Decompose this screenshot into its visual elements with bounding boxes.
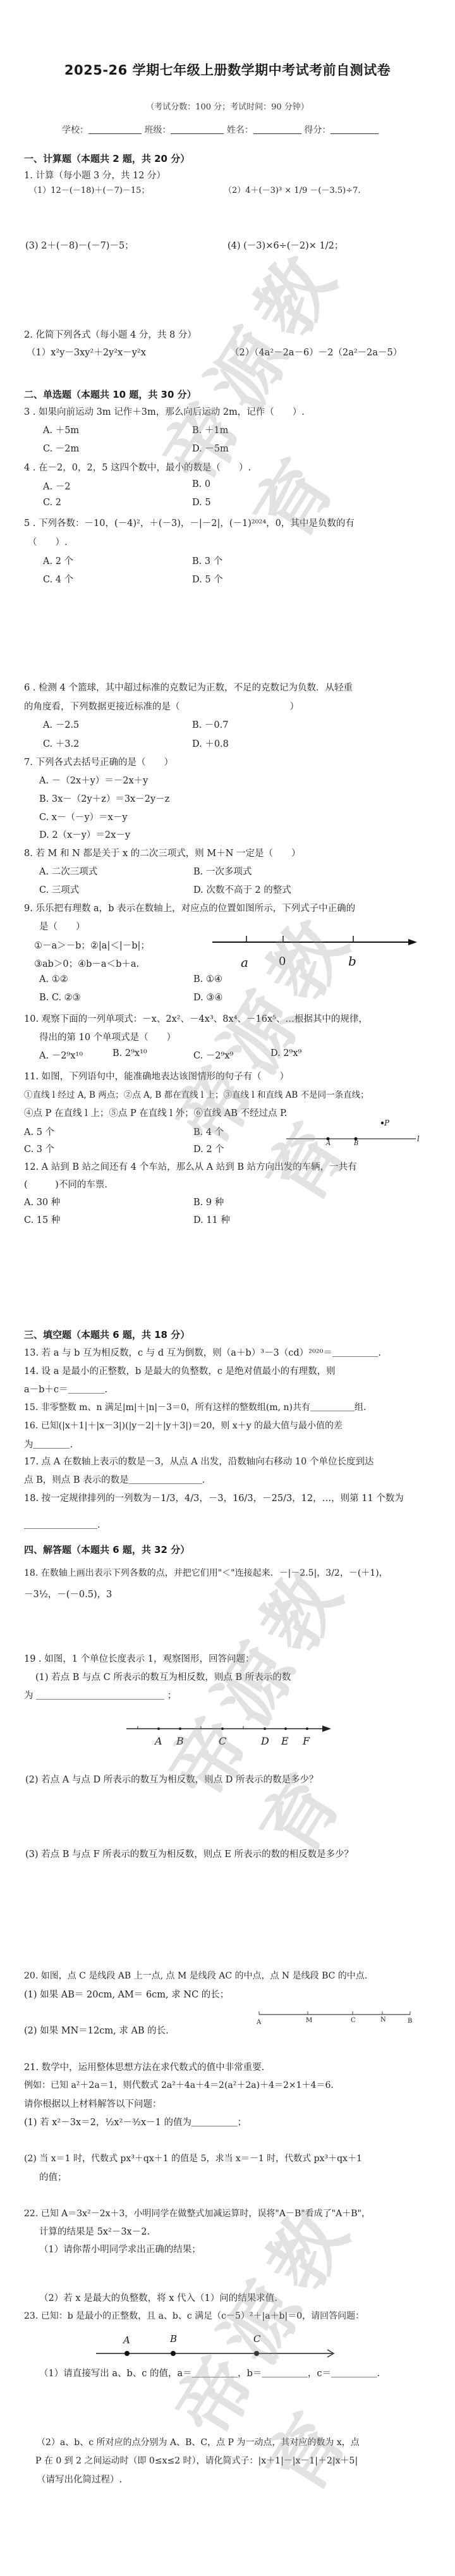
q9-label-a: a xyxy=(241,955,248,970)
q10-option-c[interactable]: C. －2⁹x⁹ xyxy=(193,1048,233,1062)
q20-part-2: (2) 如果 MN＝12cm, 求 AB 的长. xyxy=(24,2023,169,2037)
q1-part-2: （2）4＋(－3)³ × 1/9 －(－3.5)÷7. xyxy=(224,183,361,195)
school-blank[interactable] xyxy=(88,125,142,134)
section-2-title: 二、单选题（本题共 10 题，共 30 分） xyxy=(24,388,197,401)
q6-option-a[interactable]: A. －2.5 xyxy=(43,718,79,731)
score-blank[interactable] xyxy=(331,125,379,134)
q13-text: 13. 若 a 与 b 互为相反数，c 与 d 互为倒数，则（a＋b）³－3（c… xyxy=(24,1346,381,1359)
q4-option-d[interactable]: D. 5 xyxy=(192,498,211,508)
q1-stem: 1. 计算（每小题 3 分，共 12 分） xyxy=(24,168,166,181)
q8-option-d[interactable]: D. 次数不高于 2 的整式 xyxy=(193,883,291,896)
q19-label-f: F xyxy=(303,1735,310,1747)
q23-stem: 23. 已知：b 是最小的正整数，且 a、b、c 满足（c－5）²＋|a＋b|＝… xyxy=(24,2309,364,2322)
q20-label-n: N xyxy=(380,2016,386,2023)
q9-condition-2: ③ab＞0；④b－a＜b＋a. xyxy=(34,957,139,970)
q11-stem: 11. 如图，下列语句中，能准确地表达该图情形的句子有（ ） xyxy=(24,1069,289,1083)
q20-label-a: A xyxy=(257,2019,261,2026)
q11-label-b: B xyxy=(354,1140,358,1147)
q23-part-2-cont: P 在 0 到 2 之间运动时（即 0≤x≤2 时），请化简式子：|x＋1|－|… xyxy=(35,2454,358,2467)
section-4-title: 四、解答题（本题共 6 题，共 32 分） xyxy=(24,1543,190,1556)
section-1-title: 一、计算题（本题共 2 题，共 20 分） xyxy=(24,152,190,165)
q23-part-2-note: （请写出化简过程）. xyxy=(37,2472,122,2486)
q22-part-1: （1）请你帮小明同学求出正确的结果； xyxy=(39,2242,201,2255)
q6-option-b[interactable]: B. －0.7 xyxy=(192,718,228,731)
q10-stem: 10. 观察下面的一列单项式：－x、2x²、－4x³、8x⁴、－16x⁵、…根据… xyxy=(24,1012,368,1025)
q23-label-a: A xyxy=(123,2334,130,2346)
q12-option-c[interactable]: C. 15 种 xyxy=(24,1213,60,1226)
q7-option-a[interactable]: A. －（2x＋y）＝－2x＋y xyxy=(39,773,148,787)
name-blank[interactable] xyxy=(253,125,301,134)
field-label-class: 班级： xyxy=(144,125,171,135)
q5-option-a[interactable]: A. 2 个 xyxy=(43,554,73,567)
q3-option-b[interactable]: B. ＋1m xyxy=(192,423,228,436)
q5-stem-cont: （ ）. xyxy=(28,535,68,548)
q23-label-c: C xyxy=(253,2333,260,2345)
q7-stem: 7. 下列各式去括号正确的是（ ） xyxy=(24,755,173,768)
q2-stem: 2. 化简下列各式（每小题 4 分，共 8 分） xyxy=(24,328,197,341)
q19-part-2: (2) 若点 A 与点 D 所表示的数互为相反数，则点 D 所表示的数是多少？ xyxy=(25,1772,318,1786)
q11-option-b[interactable]: B. 4 个 xyxy=(193,1125,224,1138)
q21-part-2: (2) 当 x＝1 时，代数式 px³＋qx＋1 的值是 5，求当 x＝－1 时… xyxy=(24,2152,362,2164)
q7-option-d[interactable]: D. 2（x－y）＝2x－y xyxy=(39,828,130,841)
q19-label-c: C xyxy=(219,1735,226,1747)
q19-label-a: A xyxy=(155,1735,162,1747)
q3-option-a[interactable]: A. ＋5m xyxy=(43,423,79,436)
q17-text-cont: 点 B，则点 B 表示的数是＿＿＿＿＿＿＿＿. xyxy=(24,1473,205,1486)
q8-stem: 8. 若 M 和 N 都是关于 x 的二次三项式，则 M＋N 一定是（ ） xyxy=(24,846,301,859)
q10-option-a[interactable]: A. －2⁹x¹⁰ xyxy=(39,1048,83,1062)
student-info-row: 学校： 班级： 姓名： 得分： xyxy=(62,123,379,136)
q11-statements-2: ④点 P 在直线 l 上；⑤点 P 在直线 l 外；⑥直线 AB 不经过点 P. xyxy=(24,1106,288,1119)
q8-option-a[interactable]: A. 二次三项式 xyxy=(39,864,97,878)
q6-stem-cont: 的角度看，下列数据更接近标准的是（ ） xyxy=(24,699,299,713)
q9-label-0: 0 xyxy=(279,955,286,968)
q18b-text-cont: －3½，－(－0.5)，3 xyxy=(24,1587,112,1600)
q19-part-1-blank: 为 ＿＿＿＿＿＿＿＿＿＿＿＿＿＿ ； xyxy=(24,1688,176,1702)
q20-label-m: M xyxy=(306,2017,312,2024)
q9-option-d[interactable]: D. ③④ xyxy=(193,993,222,1003)
q21-stem: 21. 数学中，运用整体思想方法在求代数式的值中非常重要. xyxy=(24,2060,264,2073)
q20-segment-figure xyxy=(258,2008,422,2021)
q23-label-b: B xyxy=(170,2333,177,2345)
q10-option-b[interactable]: B. 2⁹x¹⁰ xyxy=(112,1048,147,1058)
q14-text: 14. 设 a 是最小的正整数，b 是最大的负整数，c 是绝对值最小的有理数，则 xyxy=(24,1364,336,1377)
q19-stem: 19 . 如图，1 个单位长度表示 1，观察图形，回答问题： xyxy=(24,1652,254,1665)
q11-label-p: P xyxy=(384,1119,389,1127)
q12-stem: 12. A 站到 B 站之间还有 4 个车站，那么从 A 站到 B 站方向出发的… xyxy=(24,1160,357,1173)
field-label-score: 得分： xyxy=(304,125,331,135)
q4-option-c[interactable]: C. 2 xyxy=(43,498,61,508)
q11-option-c[interactable]: C. 3 个 xyxy=(24,1142,54,1155)
section-3-title: 三、填空题（本题共 6 题，共 18 分） xyxy=(24,1328,190,1341)
q11-label-a: A xyxy=(326,1140,331,1147)
q8-option-b[interactable]: B. 一次多项式 xyxy=(193,864,252,878)
q2-part-2: （2）（4a²－2a－6）－2（2a²－2a－5） xyxy=(230,345,402,359)
exam-info: （考试分数：100 分；考试时间：90 分钟） xyxy=(0,100,455,112)
q22-stem: 22. 已知 A＝3x²－2x＋3，小明同学在做整式加减运算时，误将"A－B"看… xyxy=(24,2207,370,2219)
q6-option-d[interactable]: D. ＋0.8 xyxy=(192,737,229,750)
q11-option-a[interactable]: A. 5 个 xyxy=(24,1125,54,1138)
q1-part-4: (4) (－3)×6÷(－2)× 1/2； xyxy=(227,238,343,252)
q16-text-cont: 为＿＿＿＿. xyxy=(24,1437,73,1451)
q12-option-d[interactable]: D. 11 种 xyxy=(193,1213,230,1226)
q3-option-c[interactable]: C. －2m xyxy=(43,441,79,455)
q19-part-3: (3) 若点 B 与点 F 所表示的数互为相反数，则点 E 所表示的数的相反数是… xyxy=(25,1847,353,1860)
q9-stem: 9. 乐乐把有理数 a，b 表示在数轴上，对应点的位置如图所示，下列式子中正确的 xyxy=(24,901,355,914)
q4-option-b[interactable]: B. 0 xyxy=(192,479,210,489)
q18-text: 18. 按一定规律排列的一列数为－1/3，4/3，－3，16/3，－25/3，1… xyxy=(24,1491,404,1504)
q10-stem-cont: 得出的第 10 个单项式是（ ） xyxy=(39,1030,176,1043)
q23-part-2: （2）a、b、c 所对应的点分别为 A、B、C，点 P 为一动点，其对应的数为 … xyxy=(37,2436,360,2448)
q6-stem: 6 . 检测 4 个篮球，其中超过标准的克数记为正数，不足的克数记为负数．从轻重 xyxy=(24,680,353,694)
q5-stem: 5 . 下列各数：－10，(－4)²，＋(－3)，－|－2|，(－1)²⁰²⁴，… xyxy=(24,516,355,529)
q4-stem: 4 . 在－2，0，2，5 这四个数中，最小的数是（ ）. xyxy=(24,460,251,474)
q21-part-1: (1) 若 x²－3x＝2，½x²－³⁄₂x－1 的值为＿＿＿＿＿； xyxy=(24,2115,246,2128)
q19-label-b: B xyxy=(176,1735,184,1747)
q14-text-cont: a－b＋c＝＿＿＿＿. xyxy=(24,1382,107,1395)
field-label-name: 姓名： xyxy=(227,125,253,135)
field-label-school: 学校： xyxy=(62,125,88,135)
q9-option-b[interactable]: B. ①④ xyxy=(193,974,222,984)
q18b-text: 18. 在数轴上画出表示下列各数的点，并把它们用"＜"连接起来．－|－2.5|，… xyxy=(24,1566,388,1579)
q23-number-line-figure xyxy=(95,2347,341,2360)
q19-part-1: (1) 若点 B 与点 C 所表示的数互为相反数，则点 B 所表示的数 xyxy=(35,1670,291,1683)
q8-option-c[interactable]: C. 三项式 xyxy=(39,883,79,896)
q21-example: 例如：已知 a²＋2a＝1，则代数式 2a²＋4a＋4＝2(a²＋2a)＋4＝2… xyxy=(24,2078,334,2091)
q2-part-1: （1）x²y－3xy²＋2y²x－y²x xyxy=(27,345,146,359)
q20-part-1: (1) 如果 AB＝ 20cm, AM＝ 6cm, 求 NC 的长； xyxy=(24,1987,229,2001)
q6-option-c[interactable]: C. ＋3.2 xyxy=(43,737,79,750)
watermark-text-1: 帝源教育 xyxy=(133,169,455,556)
q17-text: 17. 点 A 在数轴上表示的数是－3，从点 A 出发，沿数轴向右移动 10 个… xyxy=(24,1454,373,1468)
q20-label-c: C xyxy=(351,2017,356,2024)
q10-option-d[interactable]: D. 2⁹x⁹ xyxy=(270,1048,301,1058)
q19-label-e: E xyxy=(281,1735,289,1747)
q20-label-b: B xyxy=(408,2018,412,2025)
q23-part-1: （1）请直接写出 a、b、c 的值，a＝＿＿＿＿＿，b＝＿＿＿＿＿，c＝＿＿＿＿… xyxy=(39,2366,380,2379)
q15-text: 15. 非零整数 m、n 满足|m|＋|n|－3＝0，所有这样的整数组(m, n… xyxy=(24,1401,366,1413)
q4-option-a[interactable]: A. －2 xyxy=(43,479,70,493)
q5-option-d[interactable]: D. 5 个 xyxy=(192,572,223,586)
q22-part-2: （2）若 x 是最大的负整数，将 x 代入（1）问的结果求值. xyxy=(39,2291,277,2304)
q18-text-cont: ＿＿＿＿＿＿＿＿. xyxy=(24,1518,100,1531)
q1-part-3: (3) 2＋(－8)－(－7)－5； xyxy=(25,238,134,252)
q9-label-b: b xyxy=(348,954,356,969)
q16-text: 16. 已知(|x＋1|＋|x－3|)(|y－2|＋|y＋3|)＝20，则 x＋… xyxy=(24,1419,343,1432)
q3-option-d[interactable]: D. －5m xyxy=(192,441,229,455)
q11-option-d[interactable]: D. 2 个 xyxy=(193,1142,224,1155)
q9-option-c[interactable]: B. C. ②③ xyxy=(39,993,81,1003)
q5-option-c[interactable]: C. 4 个 xyxy=(43,572,73,586)
q12-option-a[interactable]: A. 30 种 xyxy=(24,1195,60,1208)
class-blank[interactable] xyxy=(171,125,224,134)
q5-option-b[interactable]: B. 3 个 xyxy=(192,554,222,567)
q3-stem: 3 . 如果向前运动 3m 记作＋3m，那么向后运动 2m，记作（ ）. xyxy=(24,405,305,418)
page-title: 2025-26 学期七年级上册数学期中考试考前自测试卷 xyxy=(0,60,455,79)
q9-option-a[interactable]: A. ①② xyxy=(39,974,68,984)
q12-option-b[interactable]: B. 9 种 xyxy=(193,1195,224,1208)
q7-option-c[interactable]: C. x－（－y）＝x－y xyxy=(39,810,128,823)
q9-condition-1: ①－a＞－b；②|a|＜|－b|； xyxy=(34,938,150,952)
q22-stem-cont: 计算的结果是 5x²－3x－2. xyxy=(39,2224,150,2238)
q21-part-2-cont: 的值； xyxy=(39,2170,67,2183)
q7-option-b[interactable]: B. 3x－（2y＋z）＝3x－2y－z xyxy=(39,792,169,805)
q11-statements-1: ①直线 l 经过 A, B 两点；②点 A, B 都在直线 l 上；③直线 l … xyxy=(24,1088,369,1100)
q9-stem-cont: 是（ ） xyxy=(39,919,85,933)
q11-label-l: l xyxy=(417,1134,420,1143)
q12-stem-cont: ( )不同的车票. xyxy=(24,1177,107,1191)
exam-page: 2025-26 学期七年级上册数学期中考试考前自测试卷 （考试分数：100 分；… xyxy=(0,0,455,2576)
q20-stem: 20. 如图，点 C 是线段 AB 上一点, 点 M 是线段 AC 的中点，点 … xyxy=(24,1969,367,1982)
q19-label-d: D xyxy=(261,1735,269,1747)
q21-lead: 请你根据以上材料解答以下问题： xyxy=(24,2097,162,2110)
q1-part-1: （1）12－(－18)＋(－7)－15； xyxy=(29,183,149,195)
